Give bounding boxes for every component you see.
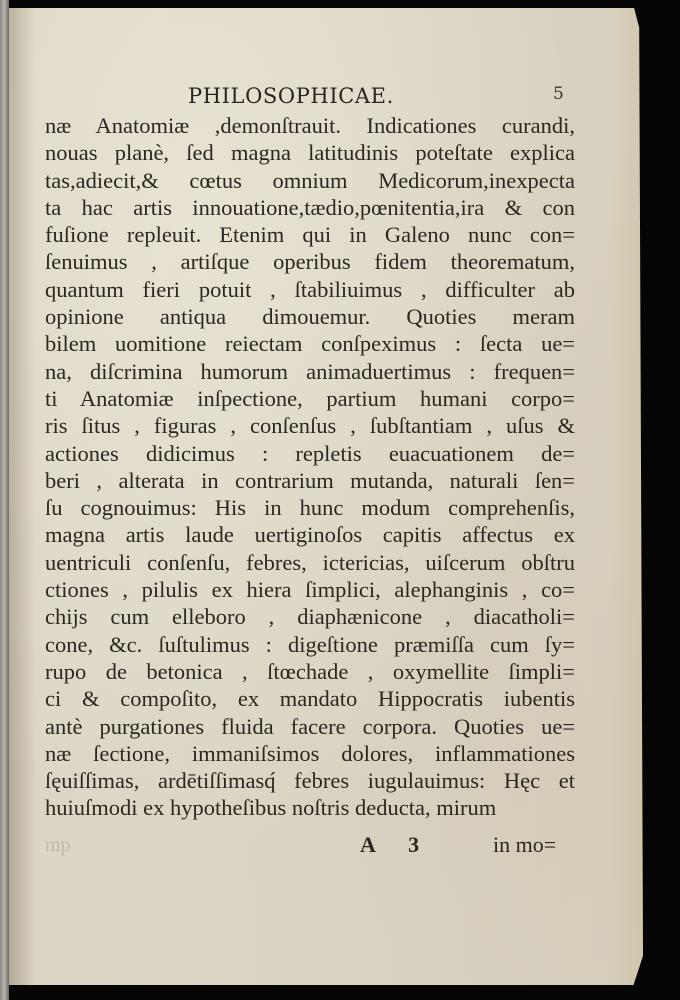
text-line: nouas planè, ſed magna latitudinis poteſ… bbox=[45, 139, 575, 166]
running-head: PHILOSOPHICAE. bbox=[188, 84, 394, 108]
text-line: ſu cognouimus: His in hunc modum compreh… bbox=[45, 494, 575, 521]
signature-mark: A 3 bbox=[360, 832, 433, 858]
text-line: huiuſmodi ex hypotheſibus noſtris deduct… bbox=[45, 794, 575, 821]
text-line: actiones didicimus : repletis euacuation… bbox=[45, 440, 575, 467]
text-line: rupo de betonica , ſtœchade , oxymellite… bbox=[45, 658, 575, 685]
text-line: ſenuimus , artiſque operibus fidem theor… bbox=[45, 248, 575, 275]
page-number: 5 bbox=[553, 84, 564, 104]
text-line: næ Anatomiæ ,demonſtrauit. Indicationes … bbox=[45, 112, 575, 139]
text-line: ris ſitus , figuras , conſenſus , ſubſta… bbox=[45, 412, 575, 439]
text-line: tas,adiecit,& cœtus omnium Medicorum,ine… bbox=[45, 167, 575, 194]
text-line: næ ſectione, immaniſsimos dolores, infla… bbox=[45, 740, 575, 767]
text-line: beri , alterata in contrarium mutanda, n… bbox=[45, 467, 575, 494]
text-line: ctiones , pilulis ex hiera ſimplici, ale… bbox=[45, 576, 575, 603]
text-line: bilem uomitione reiectam conſpeximus : ſ… bbox=[45, 330, 575, 357]
text-line: fuſione repleuit. Etenim qui in Galeno n… bbox=[45, 221, 575, 248]
text-line: cone, &c. ſuſtulimus : digeſtione præmiſ… bbox=[45, 631, 575, 658]
text-line: ta hac artis innouatione,tædio,pœnitenti… bbox=[45, 194, 575, 221]
text-line: quantum fieri potuit , ſtabiliuimus , di… bbox=[45, 276, 575, 303]
text-line: antè purgationes fluida facere corpora. … bbox=[45, 713, 575, 740]
text-line: opinione antiqua dimouemur. Quoties mera… bbox=[45, 303, 575, 330]
text-line: ti Anatomiæ inſpectione, partium humani … bbox=[45, 385, 575, 412]
text-line: ſęuiſſimas, ardētiſſimasq́ febres iugula… bbox=[45, 767, 575, 794]
book-binding-edge bbox=[0, 0, 9, 1000]
text-line: chijs cum elleboro , diaphænicone , diac… bbox=[45, 603, 575, 630]
body-text: næ Anatomiæ ,demonſtrauit. Indicationes … bbox=[45, 112, 575, 822]
page-header: PHILOSOPHICAE. 5 bbox=[9, 84, 643, 114]
text-line: ci & compoſito, ex mandato Hippocratis i… bbox=[45, 685, 575, 712]
text-line: na, diſcrimina humorum animaduertimus : … bbox=[45, 358, 575, 385]
text-line: uentriculi conſenſu, febres, ictericias,… bbox=[45, 549, 575, 576]
text-line: magna artis laude uertiginoſos capitis a… bbox=[45, 521, 575, 548]
catchword: in mo= bbox=[493, 832, 556, 858]
page-footer: mp A 3 in mo= bbox=[9, 832, 643, 860]
bleed-through-text: mp bbox=[45, 834, 71, 857]
book-page: PHILOSOPHICAE. 5 næ Anatomiæ ,demonſtrau… bbox=[9, 8, 643, 985]
